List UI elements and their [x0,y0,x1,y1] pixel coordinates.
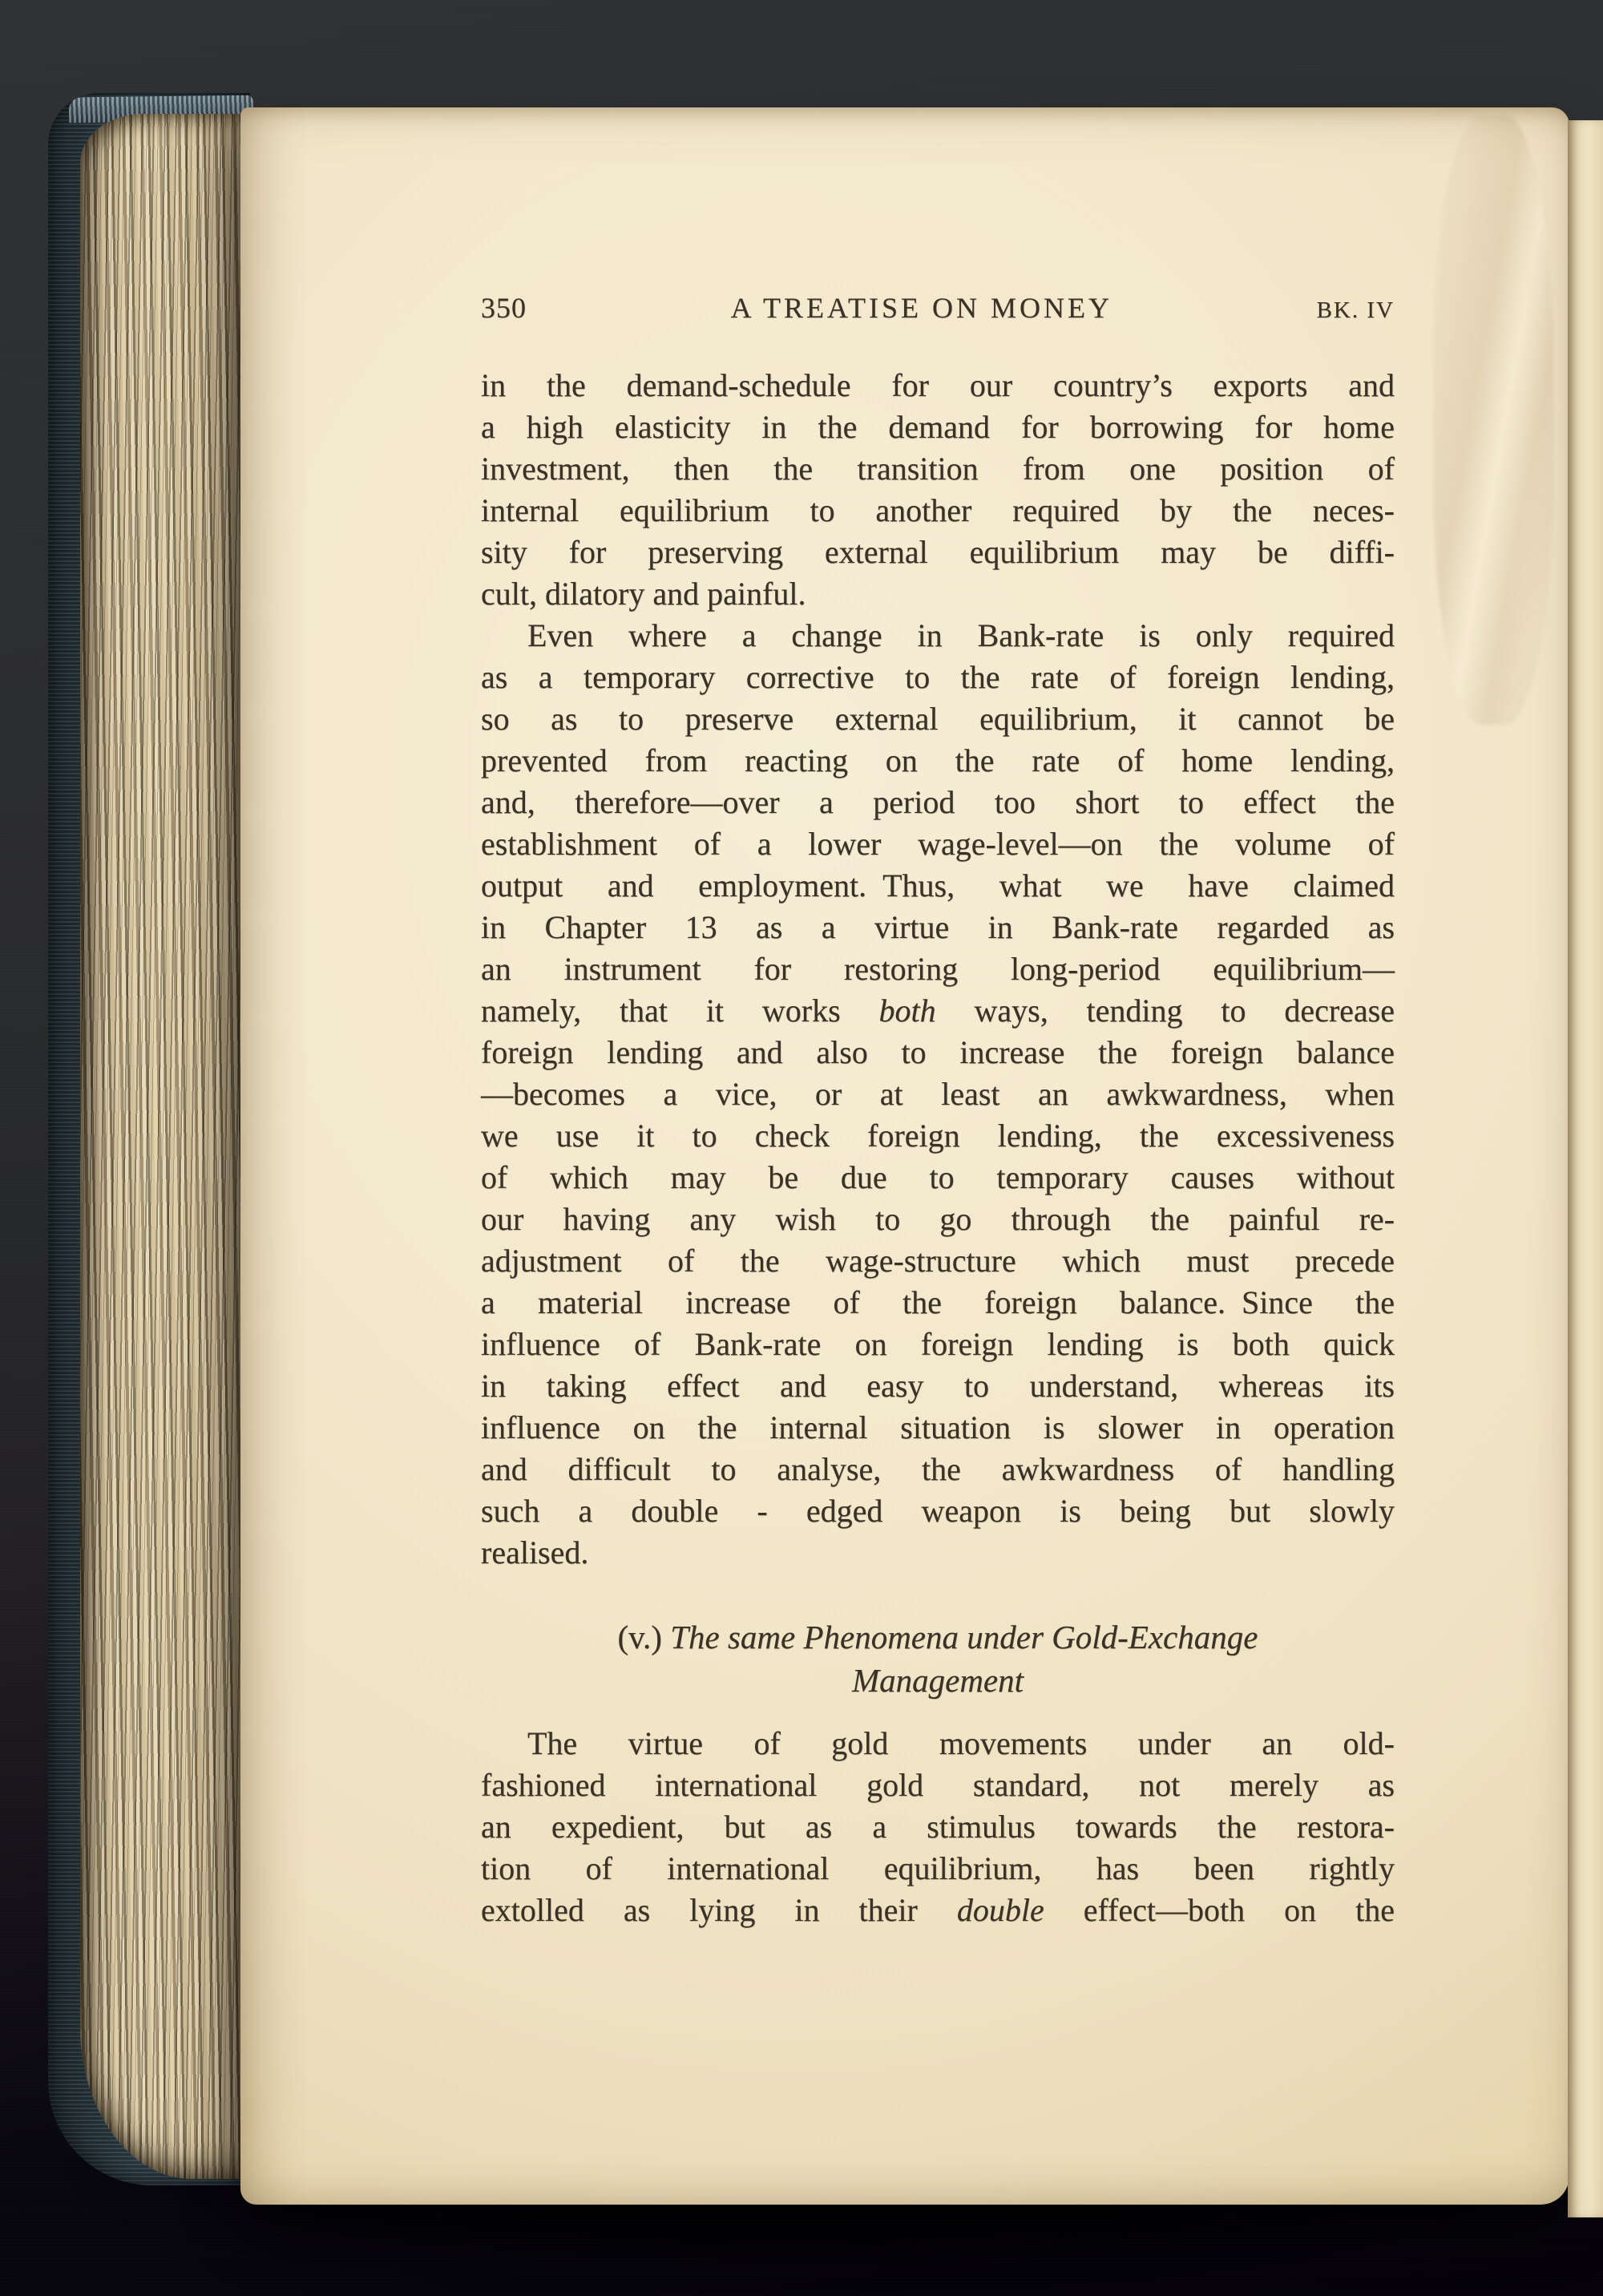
text-line: of which may be due to temporary causes … [481,1157,1395,1199]
text-line: in taking effect and easy to understand,… [481,1365,1395,1407]
text-line: influence on the internal situation is s… [481,1407,1395,1449]
paragraph-2: Even where a change in Bank-rate is only… [481,615,1395,1574]
text-line: such a double - edged weapon is being bu… [481,1490,1395,1532]
page-header: 350 A TREATISE ON MONEY BK. IV [481,287,1395,331]
text-line: realised. [481,1532,1395,1574]
adjacent-page-edge [1568,120,1603,2217]
text-line: influence of Bank-rate on foreign lendin… [481,1324,1395,1365]
text-line: —becomes a vice, or at least an awkwardn… [481,1073,1395,1115]
text-line: our having any wish to go through the pa… [481,1199,1395,1240]
text-line: foreign lending and also to increase the… [481,1032,1395,1073]
text-line: an expedient, but as a stimulus towards … [481,1806,1395,1848]
text-line: tion of international equilibrium, has b… [481,1848,1395,1890]
text-line: adjustment of the wage-structure which m… [481,1240,1395,1282]
text-line: a material increase of the foreign balan… [481,1282,1395,1324]
text-line-with-italic: extolled as lying in their double effect… [481,1890,1395,1931]
section-number: (v.) [618,1619,671,1655]
book-volume-label: BK. IV [1317,289,1395,331]
text-segment: effect—both on the [1044,1892,1395,1928]
text-line: internal equilibrium to another required… [481,490,1395,532]
page-wrinkle [1433,115,1553,725]
running-title: A TREATISE ON MONEY [731,287,1112,329]
text-line: investment, then the transition from one… [481,448,1395,490]
paragraph-3: The virtue of gold movements under an ol… [481,1723,1395,1931]
book-page: 350 A TREATISE ON MONEY BK. IV in the de… [240,107,1569,2205]
text-line: The virtue of gold movements under an ol… [481,1723,1395,1764]
italic-word: both [879,992,936,1029]
book-photo: 350 A TREATISE ON MONEY BK. IV in the de… [0,0,1603,2296]
section-heading: (v.) The same Phenomena under Gold-Excha… [481,1615,1395,1702]
text-line: and, therefore—over a period too short t… [481,782,1395,823]
text-line: fashioned international gold standard, n… [481,1764,1395,1806]
section-title: The same Phenomena under Gold-Exchange [670,1619,1258,1655]
paragraph-1: in the demand-schedule for our country’s… [481,365,1395,615]
text-line: in Chapter 13 as a virtue in Bank-rate r… [481,907,1395,948]
text-line: cult, dilatory and painful. [481,573,1395,615]
text-line: prevented from reacting on the rate of h… [481,740,1395,782]
text-line: a high elasticity in the demand for borr… [481,406,1395,448]
italic-word: double [957,1892,1044,1928]
page-number: 350 [481,287,527,329]
page-stack-fore-edge [80,114,250,2179]
section-heading-line: Management [481,1659,1395,1702]
text-segment: ways, tending to decrease [936,992,1395,1029]
text-line: so as to preserve external equilibrium, … [481,698,1395,740]
text-line: output and employment. Thus, what we hav… [481,865,1395,907]
text-line: in the demand-schedule for our country’s… [481,365,1395,406]
text-line-with-italic: namely, that it works both ways, tending… [481,990,1395,1032]
text-line: sity for preserving external equilibrium… [481,532,1395,573]
text-line: Even where a change in Bank-rate is only… [481,615,1395,657]
page-text-block: 350 A TREATISE ON MONEY BK. IV in the de… [481,287,1395,1931]
text-segment: extolled as lying in their [481,1892,957,1928]
section-title: Management [852,1662,1024,1699]
text-line: as a temporary corrective to the rate of… [481,657,1395,698]
text-segment: namely, that it works [481,992,879,1029]
text-line: an instrument for restoring long-period … [481,948,1395,990]
text-line: we use it to check foreign lending, the … [481,1115,1395,1157]
section-heading-line: (v.) The same Phenomena under Gold-Excha… [481,1615,1395,1659]
text-line: establishment of a lower wage-level—on t… [481,823,1395,865]
text-line: and difficult to analyse, the awkwardnes… [481,1449,1395,1490]
